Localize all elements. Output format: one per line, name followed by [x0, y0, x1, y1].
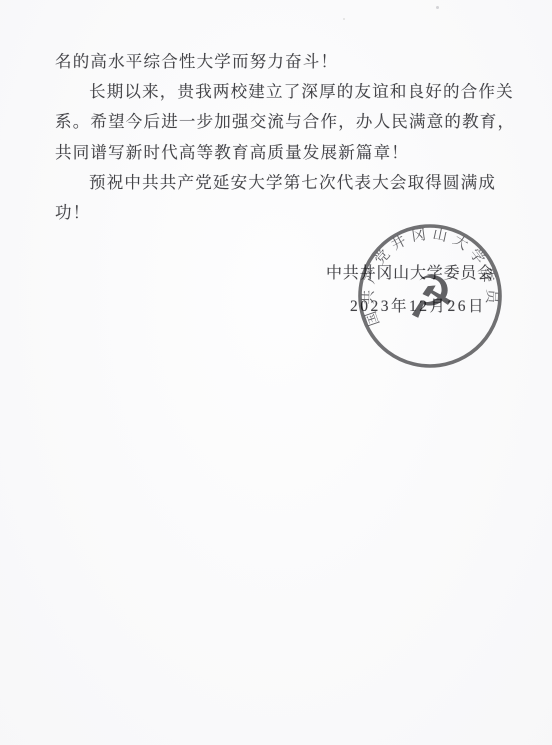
- letter-line: 长期以来，贵我两校建立了深厚的友谊和良好的合作关: [55, 77, 525, 107]
- letter-line: 预祝中共共产党延安大学第七次代表大会取得圆满成: [55, 168, 525, 198]
- letter-line: 名的高水平综合性大学而努力奋斗！: [55, 47, 525, 77]
- letter-line: 共同谱写新时代高等教育高质量发展新篇章！: [55, 138, 525, 168]
- letter-body: 名的高水平综合性大学而努力奋斗！ 长期以来，贵我两校建立了深厚的友谊和良好的合作…: [55, 47, 525, 228]
- scan-speck: [343, 18, 345, 20]
- official-seal: 中国共产党井冈山大学委员会 ☭: [340, 206, 521, 387]
- scan-speck: [436, 6, 439, 9]
- letter-line: 系。希望今后进一步加强交流与合作，办人民满意的教育，: [55, 107, 525, 137]
- hammer-and-sickle-icon: ☭: [401, 262, 460, 333]
